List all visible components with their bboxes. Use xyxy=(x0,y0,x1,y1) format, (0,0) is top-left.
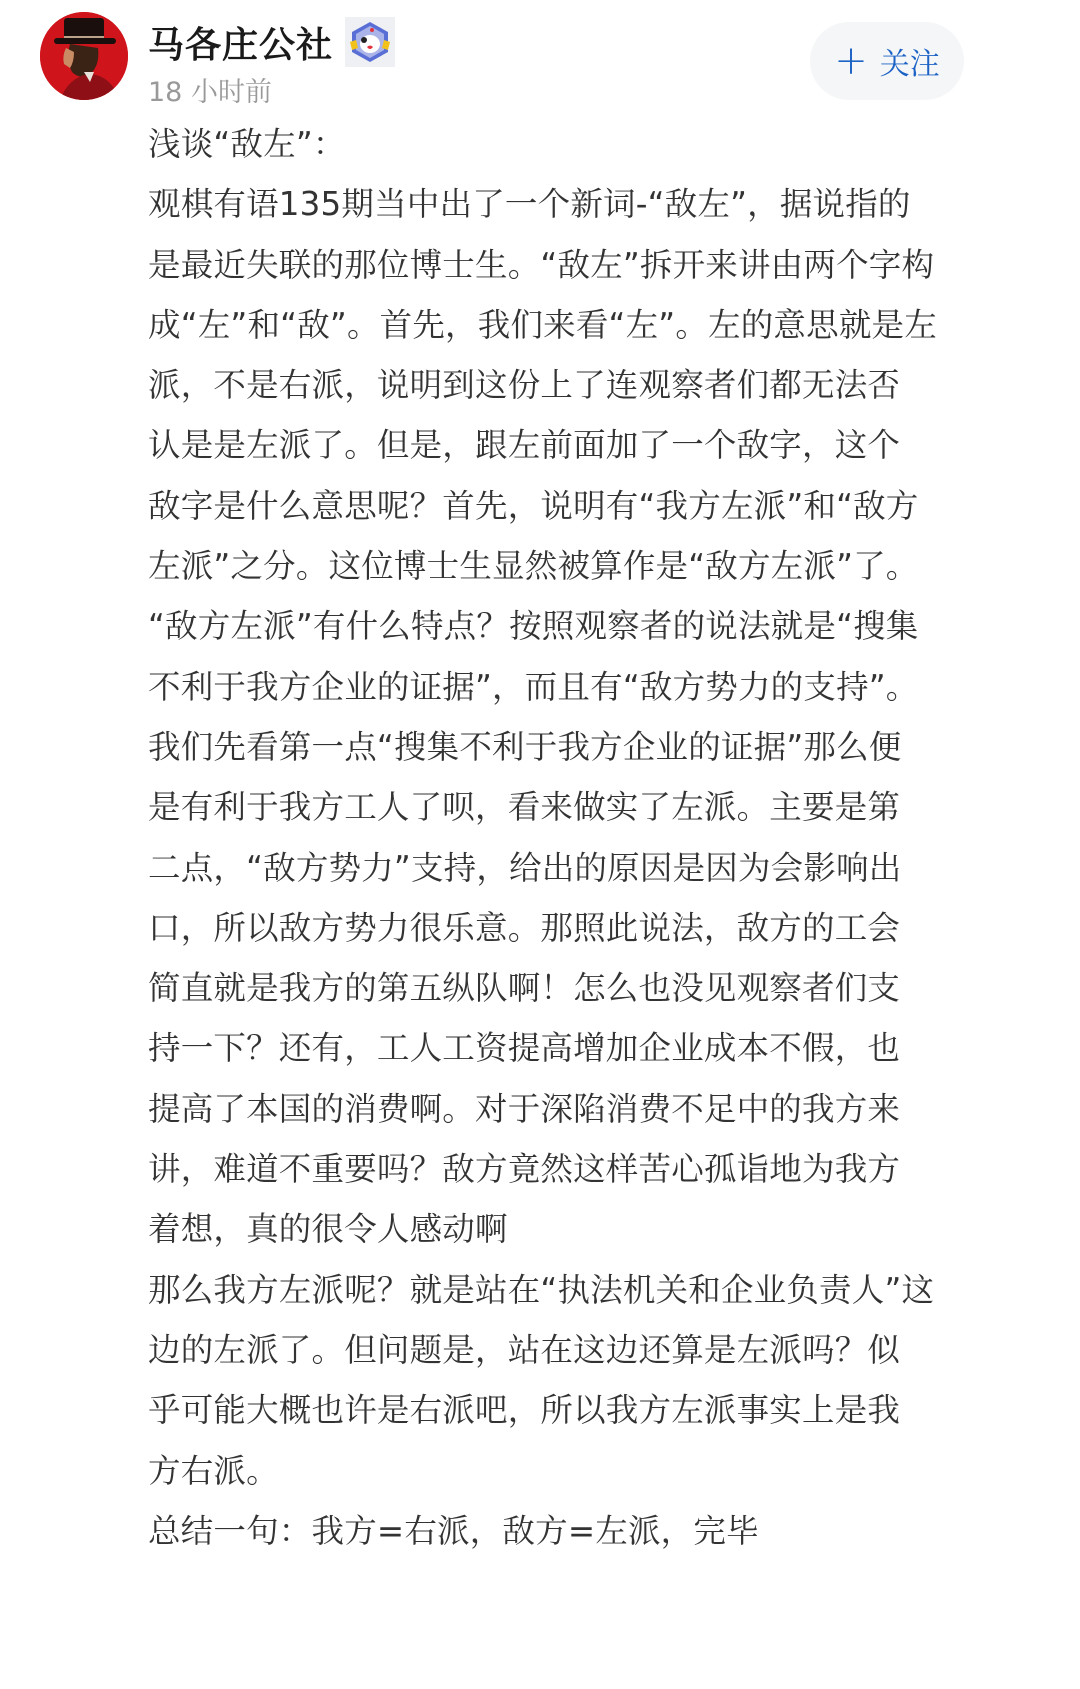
post-text-line: 着想，真的很令人感动啊 xyxy=(148,1199,988,1259)
post-text-line: “敌方左派”有什么特点？按照观察者的说法就是“搜集 xyxy=(148,596,988,656)
post-text-line: 那么我方左派呢？就是站在“执法机关和企业负责人”这 xyxy=(148,1260,988,1320)
post-text-line: 成“左”和“敌”。首先，我们来看“左”。左的意思就是左 xyxy=(148,295,988,355)
post-text-line: 我们先看第一点“搜集不利于我方企业的证据”那么便 xyxy=(148,717,988,777)
post-timestamp: 18 小时前 xyxy=(148,70,272,109)
post-text-line: 提高了本国的消费啊。对于深陷消费不足中的我方来 xyxy=(148,1079,988,1139)
author-avatar[interactable] xyxy=(40,12,128,100)
post-text-line: 不利于我方企业的证据”，而且有“敌方势力的支持”。 xyxy=(148,657,988,717)
post-title-line: 浅谈“敌左”： xyxy=(148,114,988,174)
post-text-line: 简直就是我方的第五纵队啊！怎么也没见观察者们支 xyxy=(148,958,988,1018)
avatar-top-hat-man-icon xyxy=(40,12,128,100)
post-text-line: 持一下？还有，工人工资提高增加企业成本不假，也 xyxy=(148,1018,988,1078)
post-text-line: 敌字是什么意思呢？首先，说明有“我方左派”和“敌方 xyxy=(148,476,988,536)
post-text-line: 口，所以敌方势力很乐意。那照此说法，敌方的工会 xyxy=(148,898,988,958)
author-name[interactable]: 马各庄公社 xyxy=(148,17,333,68)
follow-button-label: 关注 xyxy=(880,39,940,83)
post-text-line: 认是是左派了。但是，跟左前面加了一个敌字，这个 xyxy=(148,415,988,475)
post-text-line: 左派”之分。这位博士生显然被算作是“敌方左派”了。 xyxy=(148,536,988,596)
post-text-line: 是最近失联的那位博士生。“敌左”拆开来讲由两个字构 xyxy=(148,235,988,295)
cartoon-dog-badge-icon[interactable] xyxy=(345,17,395,67)
post-text-line: 是有利于我方工人了呗，看来做实了左派。主要是第 xyxy=(148,777,988,837)
follow-button[interactable]: + 关注 xyxy=(810,22,964,100)
post-text-line: 边的左派了。但问题是，站在这边还算是左派吗？似 xyxy=(148,1320,988,1380)
post-text-line: 方右派。 xyxy=(148,1441,988,1501)
post-body: 浅谈“敌左”： 观棋有语135期当中出了一个新词-“敌左”，据说指的 是最近失联… xyxy=(148,114,988,1561)
post-text-line: 观棋有语135期当中出了一个新词-“敌左”，据说指的 xyxy=(148,174,988,234)
post-summary-line: 总结一句：我方=右派，敌方=左派，完毕 xyxy=(148,1501,988,1561)
plus-icon: + xyxy=(834,41,868,81)
post-text-line: 乎可能大概也许是右派吧，所以我方左派事实上是我 xyxy=(148,1380,988,1440)
post-text-line: 派，不是右派，说明到这份上了连观察者们都无法否 xyxy=(148,355,988,415)
post-text-line: 讲，难道不重要吗？敌方竟然这样苦心孤诣地为我方 xyxy=(148,1139,988,1199)
post-text-line: 二点，“敌方势力”支持，给出的原因是因为会影响出 xyxy=(148,838,988,898)
author-row: 马各庄公社 xyxy=(148,16,395,68)
